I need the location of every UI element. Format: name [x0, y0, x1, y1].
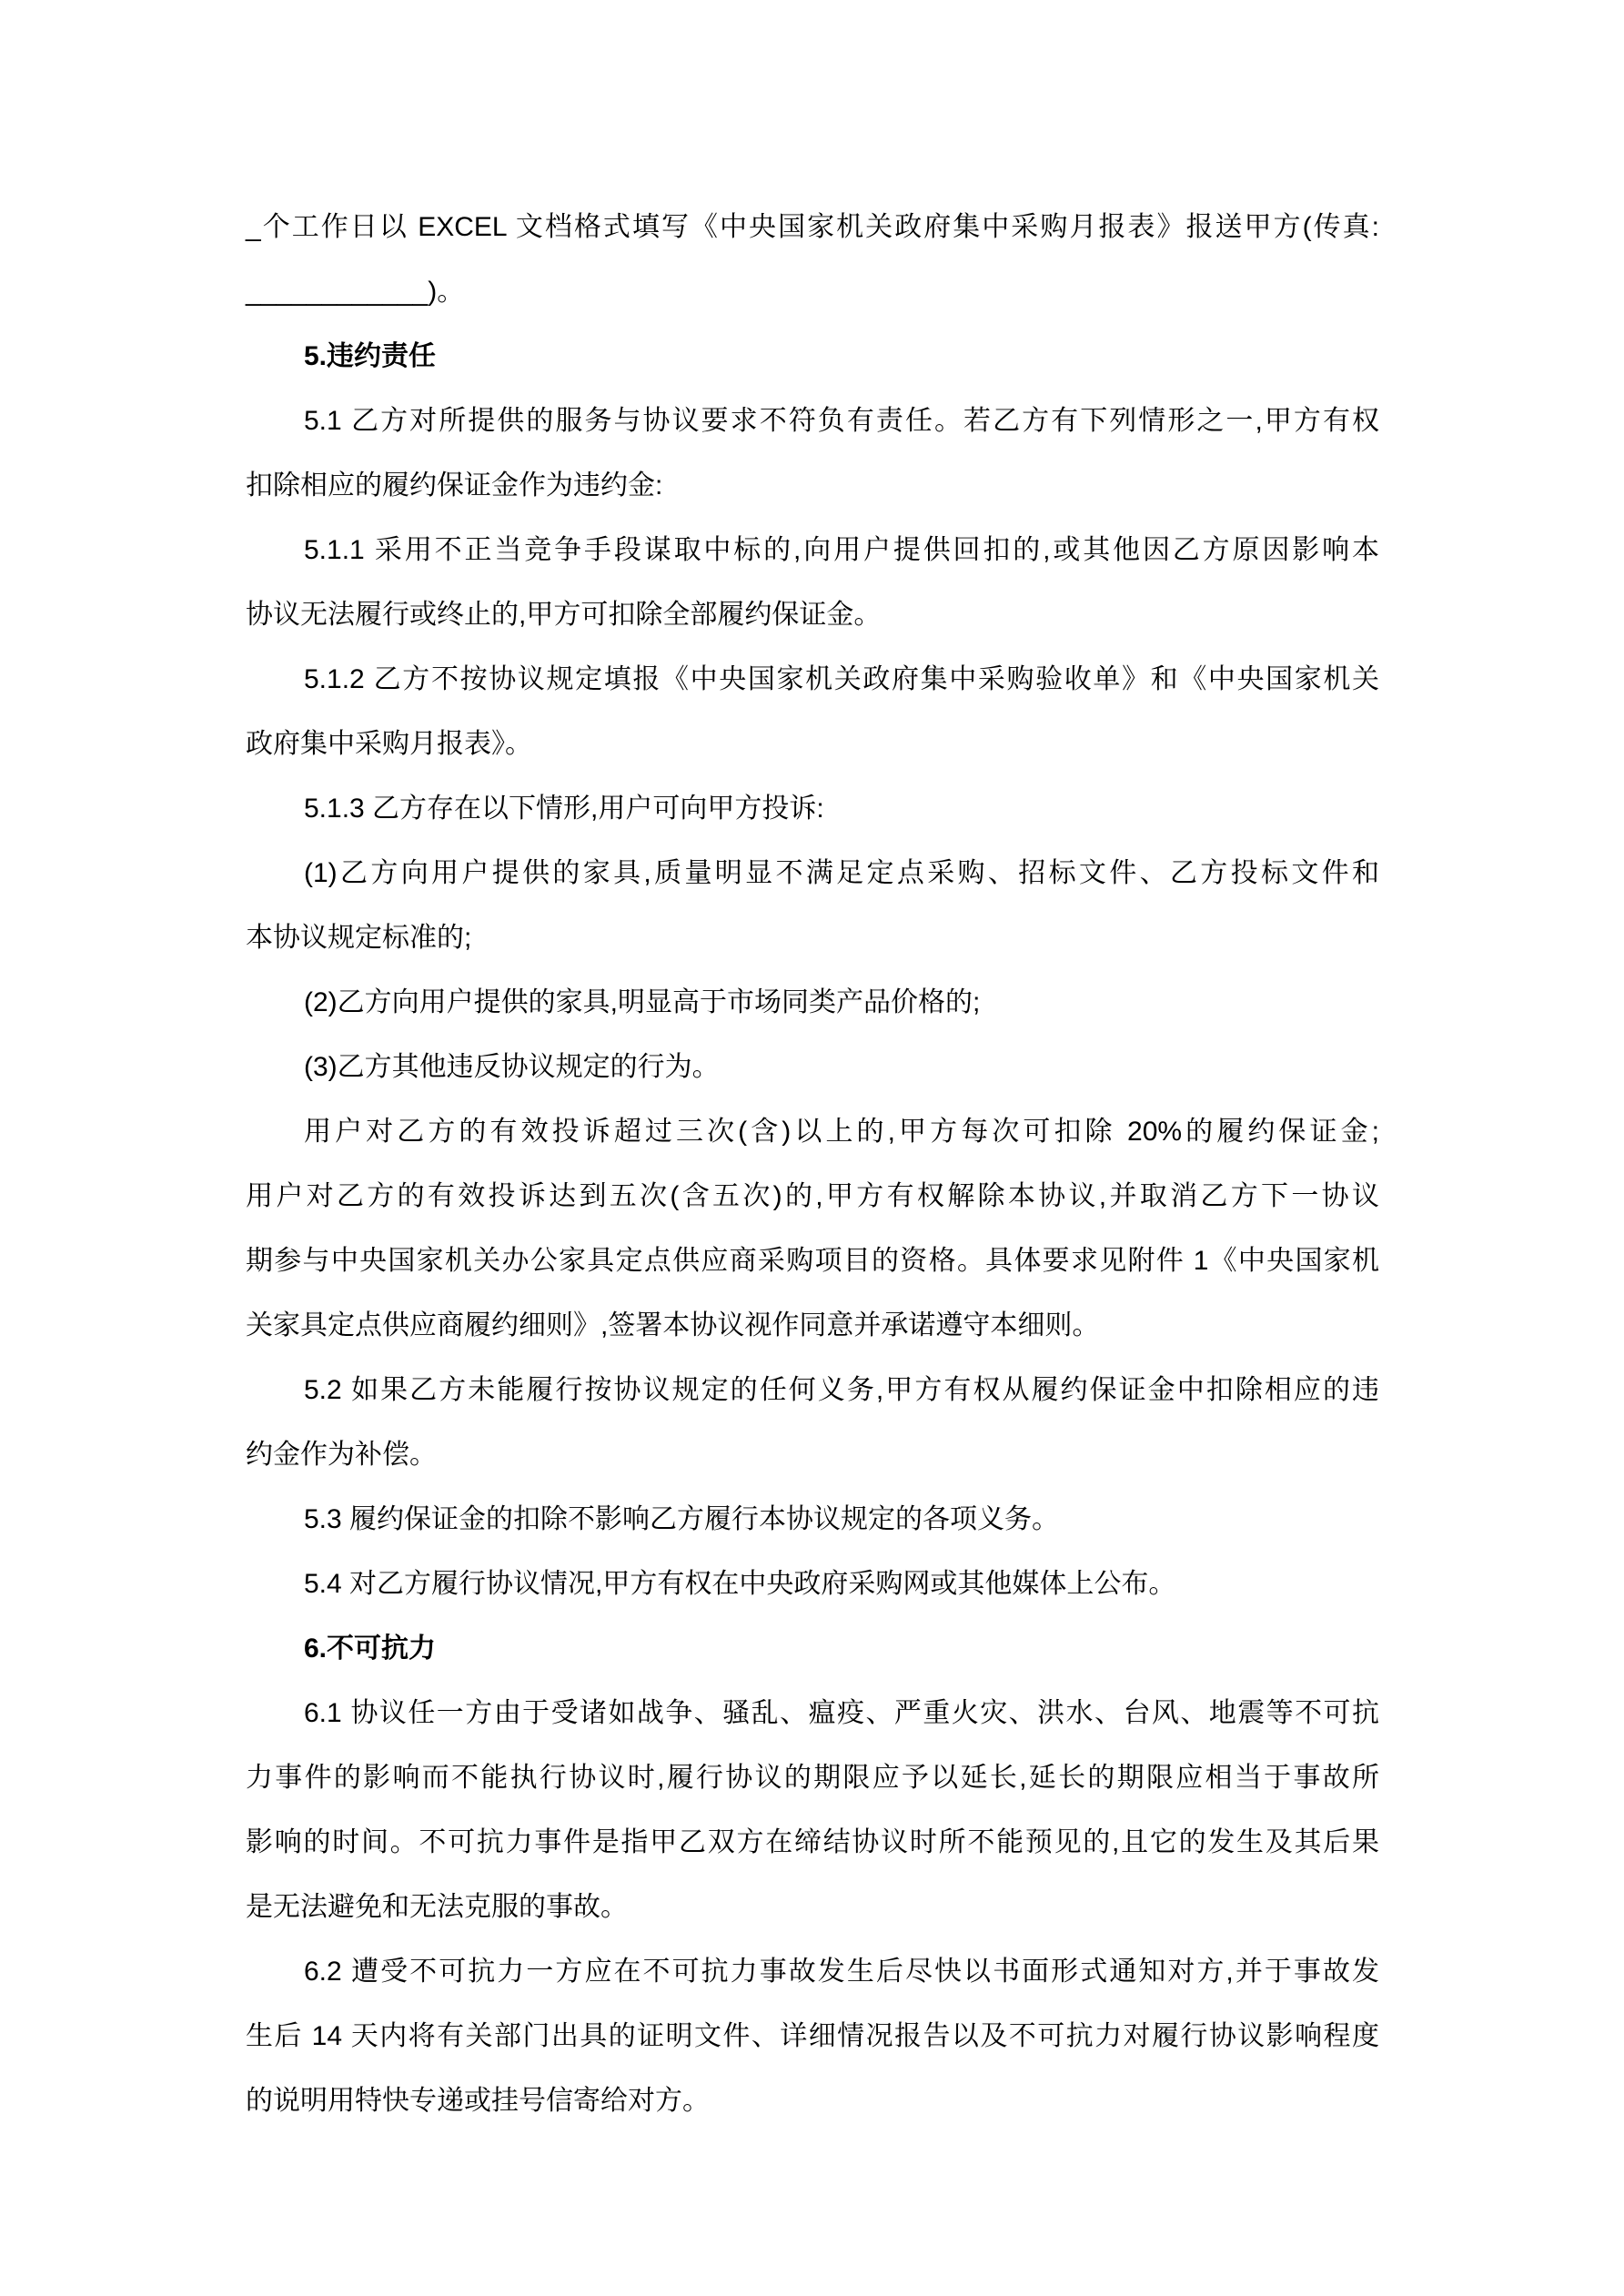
doc-line: 5.1.3 乙方存在以下情形,用户可向甲方投诉: — [246, 776, 1379, 841]
blank-underline-line: ____________)。 — [246, 259, 1379, 324]
doc-line: 5.2 如果乙方未能履行按协议规定的任何义务,甲方有权从履约保证金中扣除相应的违 — [246, 1358, 1379, 1422]
doc-line: 扣除相应的履约保证金作为违约金: — [246, 453, 1379, 518]
doc-line: 生后 14 天内将有关部门出具的证明文件、详细情况报告以及不可抗力对履行协议影响… — [246, 2004, 1379, 2068]
section-heading-force-majeure: 6.不可抗力 — [246, 1616, 1379, 1681]
doc-line: _个工作日以 EXCEL 文档格式填写《中央国家机关政府集中采购月报表》报送甲方… — [246, 195, 1379, 259]
doc-line: (3)乙方其他违反协议规定的行为。 — [246, 1035, 1379, 1099]
doc-line: 5.3 履约保证金的扣除不影响乙方履行本协议规定的各项义务。 — [246, 1487, 1379, 1552]
doc-line: 力事件的影响而不能执行协议时,履行协议的期限应予以延长,延长的期限应相当于事故所 — [246, 1745, 1379, 1810]
doc-line: 是无法避免和无法克服的事故。 — [246, 1875, 1379, 1939]
doc-line: 政府集中采购月报表》。 — [246, 712, 1379, 776]
doc-line: 约金作为补偿。 — [246, 1422, 1379, 1487]
doc-line: 6.2 遭受不可抗力一方应在不可抗力事故发生后尽快以书面形式通知对方,并于事故发 — [246, 1939, 1379, 2004]
document-page: _个工作日以 EXCEL 文档格式填写《中央国家机关政府集中采购月报表》报送甲方… — [0, 0, 1624, 2296]
doc-line: 6.1 协议任一方由于受诸如战争、骚乱、瘟疫、严重火灾、洪水、台风、地震等不可抗 — [246, 1681, 1379, 1745]
doc-line: 5.1.2 乙方不按协议规定填报《中央国家机关政府集中采购验收单》和《中央国家机… — [246, 647, 1379, 712]
doc-line: 协议无法履行或终止的,甲方可扣除全部履约保证金。 — [246, 582, 1379, 647]
doc-line: 用户对乙方的有效投诉超过三次(含)以上的,甲方每次可扣除 20%的履约保证金; — [246, 1099, 1379, 1164]
doc-line: 的说明用特快专递或挂号信寄给对方。 — [246, 2068, 1379, 2133]
doc-line: 5.4 对乙方履行协议情况,甲方有权在中央政府采购网或其他媒体上公布。 — [246, 1552, 1379, 1616]
section-heading-breach-liability: 5.违约责任 — [246, 324, 1379, 389]
document-body: _个工作日以 EXCEL 文档格式填写《中央国家机关政府集中采购月报表》报送甲方… — [246, 195, 1379, 2133]
doc-line: 关家具定点供应商履约细则》,签署本协议视作同意并承诺遵守本细则。 — [246, 1293, 1379, 1358]
doc-line: 用户对乙方的有效投诉达到五次(含五次)的,甲方有权解除本协议,并取消乙方下一协议 — [246, 1164, 1379, 1229]
doc-line: 影响的时间。不可抗力事件是指甲乙双方在缔结协议时所不能预见的,且它的发生及其后果 — [246, 1810, 1379, 1875]
doc-line: (2)乙方向用户提供的家具,明显高于市场同类产品价格的; — [246, 970, 1379, 1035]
doc-line: 期参与中央国家机关办公家具定点供应商采购项目的资格。具体要求见附件 1《中央国家… — [246, 1229, 1379, 1293]
doc-line: 5.1.1 采用不正当竞争手段谋取中标的,向用户提供回扣的,或其他因乙方原因影响… — [246, 518, 1379, 582]
doc-line: 5.1 乙方对所提供的服务与协议要求不符负有责任。若乙方有下列情形之一,甲方有权 — [246, 389, 1379, 453]
doc-line: (1)乙方向用户提供的家具,质量明显不满足定点采购、招标文件、乙方投标文件和 — [246, 841, 1379, 905]
doc-line: 本协议规定标准的; — [246, 905, 1379, 970]
